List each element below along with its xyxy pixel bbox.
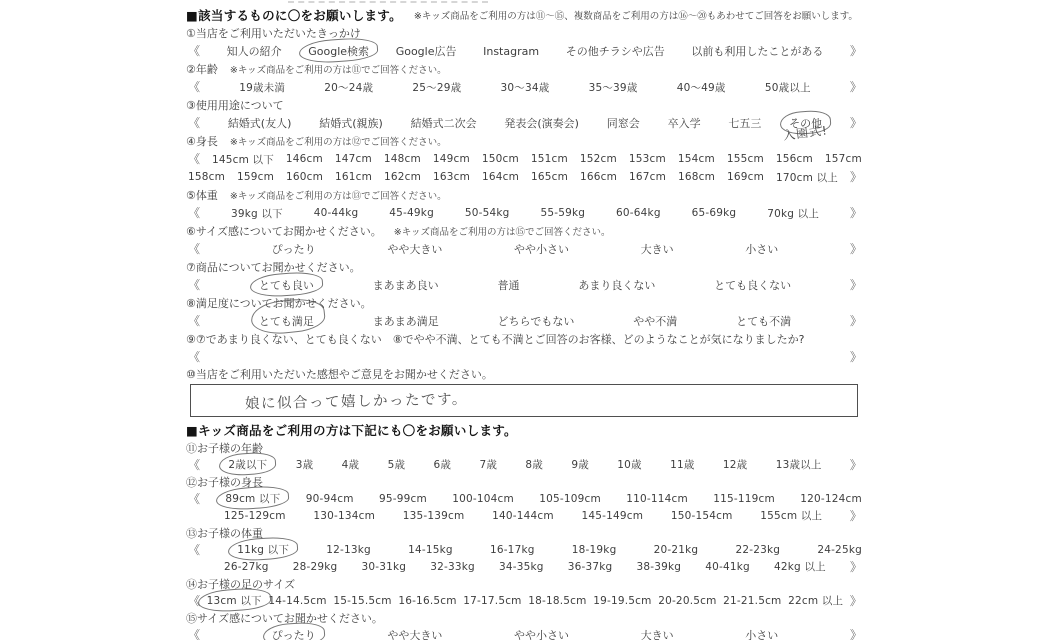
option: 7歳 — [479, 457, 497, 472]
option: 19-19.5cm — [593, 595, 651, 607]
option: 30〜34歳 — [500, 80, 549, 95]
option: 42kg 以上 — [774, 559, 826, 574]
close-bracket: 》 — [850, 595, 862, 607]
question-number: ④ — [186, 135, 196, 148]
option: 166cm — [580, 171, 617, 183]
question-note: ※キッズ商品をご利用の方は⑬でご回答ください。 — [230, 188, 447, 202]
option: とても不満 — [736, 313, 791, 329]
question-5: ⑤体重※キッズ商品をご利用の方は⑬でご回答ください。《39kg 以下40-44k… — [186, 186, 864, 222]
open-bracket: 《 — [188, 207, 200, 219]
option: 大きい — [641, 241, 674, 257]
question-label: ④身長※キッズ商品をご利用の方は⑫でご回答ください。 — [186, 132, 864, 150]
options-row: 《とても満足まあまあ満足どちらでもないやや不満とても不満》 — [186, 312, 864, 330]
option: 35〜39歳 — [589, 80, 638, 95]
options-row: 《とても良いまあまあ良い普通あまり良くないとても良くない》 — [186, 276, 864, 294]
option: やや小さい — [514, 627, 569, 640]
question-12: ⑫お子様の身長《89cm 以下90-94cm95-99cm100-104cm10… — [186, 473, 864, 524]
question-number: ⑩ — [186, 368, 196, 381]
option: 168cm — [678, 171, 715, 183]
option: 115-119cm — [713, 493, 775, 505]
question-text: 当店をご利用いただいた感想やご意見をお聞かせください。 — [196, 366, 493, 382]
option-selected: その他入園式! — [789, 115, 822, 131]
close-bracket: 》 — [850, 351, 862, 363]
option: 以前も利用したことがある — [691, 43, 823, 59]
option: まあまあ満足 — [373, 313, 439, 329]
question-label: ⑤体重※キッズ商品をご利用の方は⑬でご回答ください。 — [186, 186, 864, 204]
option: 39kg 以下 — [231, 206, 283, 221]
question-note: ※キッズ商品をご利用の方は⑫でご回答ください。 — [230, 134, 447, 148]
kids-section-title: ■キッズ商品をご利用の方は下記にも〇をお願いします。 — [186, 421, 517, 439]
option: 七五三 — [728, 115, 761, 131]
option: 55-59kg — [540, 207, 585, 219]
option: 147cm — [335, 153, 372, 165]
question-number: ⑫ — [186, 474, 197, 490]
option: 135-139cm — [403, 510, 465, 522]
option: 16-16.5cm — [398, 595, 456, 607]
option: その他チラシや広告 — [566, 43, 665, 59]
option-selected: Google検索 — [308, 43, 369, 59]
option: 28-29kg — [293, 561, 338, 573]
main-section-title: ■該当するものに〇をお願いします。 — [186, 6, 402, 24]
question-note: ※キッズ商品をご利用の方は⑮でご回答ください。 — [394, 224, 611, 238]
close-bracket: 》 — [850, 315, 862, 327]
question-label: ①当店をご利用いただいたきっかけ — [186, 24, 864, 42]
open-bracket: 《 — [188, 544, 200, 556]
question-number: ⑮ — [186, 610, 197, 626]
option: とても良くない — [714, 277, 791, 293]
options-row: 《13cm 以下14-14.5cm15-15.5cm16-16.5cm17-17… — [186, 592, 864, 609]
question-text: ⑦であまり良くない、とても良くない ⑧でやや不満、とても不満とご回答のお客様、ど… — [196, 331, 805, 347]
option: 32-33kg — [430, 561, 475, 573]
option: 50-54kg — [465, 207, 510, 219]
options-row: 《結婚式(友人)結婚式(親族)結婚式二次会発表会(演奏会)同窓会卒入学七五三その… — [186, 114, 864, 132]
question-7: ⑦商品についてお聞かせください。《とても良いまあまあ良い普通あまり良くないとても… — [186, 258, 864, 294]
option: どちらでもない — [498, 313, 575, 329]
option: 156cm — [776, 153, 813, 165]
option: 38-39kg — [637, 561, 682, 573]
option: 14-14.5cm — [268, 595, 326, 607]
close-bracket: 》 — [850, 629, 862, 640]
question-text: 身長 — [196, 133, 218, 149]
option: 155cm 以上 — [760, 508, 822, 523]
option: 169cm — [727, 171, 764, 183]
question-6: ⑥サイズ感についてお聞かせください。※キッズ商品をご利用の方は⑮でご回答ください… — [186, 222, 864, 258]
option: 40-41kg — [705, 561, 750, 573]
option: 30-31kg — [362, 561, 407, 573]
open-bracket: 《 — [188, 243, 200, 255]
question-label: ⑭お子様の足のサイズ — [186, 575, 864, 592]
option: 5歳 — [388, 457, 406, 472]
option: 小さい — [745, 241, 778, 257]
option-selected: とても良い — [259, 277, 314, 293]
option: 159cm — [237, 171, 274, 183]
close-bracket: 》 — [850, 117, 862, 129]
option: 結婚式二次会 — [411, 115, 477, 131]
question-10: ⑩当店をご利用いただいた感想やご意見をお聞かせください。娘に似合って嬉しかったで… — [186, 366, 864, 417]
option: 13歳以上 — [776, 457, 822, 472]
scan-artifact-dashed-line — [288, 1, 488, 3]
option: 150cm — [482, 153, 519, 165]
option: やや大きい — [387, 627, 442, 640]
question-9: ⑨⑦であまり良くない、とても良くない ⑧でやや不満、とても不満とご回答のお客様、… — [186, 330, 864, 366]
option: 45-49kg — [389, 207, 434, 219]
option: 60-64kg — [616, 207, 661, 219]
option: 26-27kg — [224, 561, 269, 573]
question-label: ⑬お子様の体重 — [186, 524, 864, 541]
option: 18-18.5cm — [528, 595, 586, 607]
option: 146cm — [286, 153, 323, 165]
option: 110-114cm — [626, 493, 688, 505]
question-text: お子様の身長 — [197, 474, 263, 490]
options-row: 《ぴったりやや大きいやや小さい大きい小さい》 — [186, 240, 864, 258]
option: 151cm — [531, 153, 568, 165]
option: 145cm 以下 — [212, 152, 274, 167]
option: まあまあ良い — [373, 277, 439, 293]
open-bracket: 《 — [188, 629, 200, 640]
option: 24-25kg — [817, 544, 862, 556]
option: 知人の紹介 — [227, 43, 282, 59]
option: 165cm — [531, 171, 568, 183]
option: 6歳 — [434, 457, 452, 472]
option: 95-99cm — [379, 493, 427, 505]
option: 163cm — [433, 171, 470, 183]
question-number: ⑥ — [186, 225, 196, 238]
options-row: 《》 — [186, 348, 864, 366]
close-bracket: 》 — [850, 459, 862, 471]
option: 12歳 — [723, 457, 747, 472]
option: 130-134cm — [313, 510, 375, 522]
option: 結婚式(親族) — [319, 115, 383, 131]
option: 149cm — [433, 153, 470, 165]
question-11: ⑪お子様の年齢《2歳以下3歳4歳5歳6歳7歳8歳9歳10歳11歳12歳13歳以上… — [186, 439, 864, 473]
option: 18-19kg — [572, 544, 617, 556]
close-bracket: 》 — [850, 561, 862, 573]
option: 20〜24歳 — [324, 80, 373, 95]
question-2: ②年齢※キッズ商品をご利用の方は⑪でご回答ください。《19歳未満20〜24歳25… — [186, 60, 864, 96]
question-text: お子様の年齢 — [197, 440, 263, 456]
question-label: ⑫お子様の身長 — [186, 473, 864, 490]
option: 小さい — [745, 627, 778, 640]
question-number: ⑬ — [186, 525, 197, 541]
question-text: 当店をご利用いただいたきっかけ — [196, 25, 361, 41]
option: やや大きい — [387, 241, 442, 257]
option: 161cm — [335, 171, 372, 183]
option: やや不満 — [633, 313, 677, 329]
option: 25〜29歳 — [412, 80, 461, 95]
option: 100-104cm — [452, 493, 514, 505]
open-bracket: 《 — [188, 595, 200, 607]
question-text: お子様の足のサイズ — [197, 576, 295, 592]
open-bracket: 《 — [188, 315, 200, 327]
option: 普通 — [498, 277, 520, 293]
close-bracket: 》 — [850, 45, 862, 57]
close-bracket: 》 — [850, 171, 862, 183]
question-label: ②年齢※キッズ商品をご利用の方は⑪でご回答ください。 — [186, 60, 864, 78]
question-label: ⑪お子様の年齢 — [186, 439, 864, 456]
option-selected: 2歳以下 — [228, 457, 267, 472]
question-14: ⑭お子様の足のサイズ《13cm 以下14-14.5cm15-15.5cm16-1… — [186, 575, 864, 609]
option: 3歳 — [296, 457, 314, 472]
question-number: ① — [186, 27, 196, 40]
main-section-note: ※キッズ商品をご利用の方は⑪〜⑮、複数商品をご利用の方は⑯〜⑳もあわせてご回答を… — [414, 8, 858, 22]
options-row: 《145cm 以下146cm147cm148cm149cm150cm151cm1… — [186, 150, 864, 168]
question-label: ⑮サイズ感についてお聞かせください。 — [186, 609, 864, 626]
close-bracket: 》 — [850, 279, 862, 291]
option: ぴったり — [272, 241, 316, 257]
option: 90-94cm — [306, 493, 354, 505]
question-8: ⑧満足度についてお聞かせください。《とても満足まあまあ満足どちらでもないやや不満… — [186, 294, 864, 330]
option: 153cm — [629, 153, 666, 165]
option: 20-20.5cm — [658, 595, 716, 607]
option: やや小さい — [514, 241, 569, 257]
question-label: ⑧満足度についてお聞かせください。 — [186, 294, 864, 312]
question-number: ⑪ — [186, 440, 197, 456]
question-number: ⑤ — [186, 189, 196, 202]
question-text: サイズ感についてお聞かせください。 — [197, 610, 383, 626]
options-row: 《89cm 以下90-94cm95-99cm100-104cm105-109cm… — [186, 490, 864, 507]
open-bracket: 《 — [188, 279, 200, 291]
option: 15-15.5cm — [333, 595, 391, 607]
question-text: 使用用途について — [196, 97, 284, 113]
option: 21-21.5cm — [723, 595, 781, 607]
question-label: ⑦商品についてお聞かせください。 — [186, 258, 864, 276]
question-text: 体重 — [196, 187, 218, 203]
option: 14-15kg — [408, 544, 453, 556]
option: 大きい — [641, 627, 674, 640]
option: 16-17kg — [490, 544, 535, 556]
option: 154cm — [678, 153, 715, 165]
option: 140-144cm — [492, 510, 554, 522]
question-label: ⑥サイズ感についてお聞かせください。※キッズ商品をご利用の方は⑮でご回答ください… — [186, 222, 864, 240]
option: 結婚式(友人) — [228, 115, 292, 131]
options-row: 158cm159cm160cm161cm162cm163cm164cm165cm… — [186, 168, 864, 186]
options-row: 《知人の紹介Google検索Google広告Instagramその他チラシや広告… — [186, 42, 864, 60]
main-section-header: ■該当するものに〇をお願いします。 ※キッズ商品をご利用の方は⑪〜⑮、複数商品を… — [186, 6, 864, 24]
option: 120-124cm — [800, 493, 862, 505]
options-row: 《2歳以下3歳4歳5歳6歳7歳8歳9歳10歳11歳12歳13歳以上》 — [186, 456, 864, 473]
option: Google広告 — [396, 43, 457, 59]
main-questions: ①当店をご利用いただいたきっかけ《知人の紹介Google検索Google広告In… — [186, 24, 864, 417]
question-text: 年齢 — [196, 61, 218, 77]
open-bracket: 《 — [188, 153, 200, 165]
option: 4歳 — [342, 457, 360, 472]
option: 8歳 — [525, 457, 543, 472]
options-row: 26-27kg28-29kg30-31kg32-33kg34-35kg36-37… — [186, 558, 864, 575]
option: 12-13kg — [326, 544, 371, 556]
close-bracket: 》 — [850, 510, 862, 522]
question-number: ⑭ — [186, 576, 197, 592]
option: 164cm — [482, 171, 519, 183]
option: 発表会(演奏会) — [504, 115, 579, 131]
option: 40〜49歳 — [677, 80, 726, 95]
open-bracket: 《 — [188, 81, 200, 93]
open-bracket: 《 — [188, 459, 200, 471]
options-row: 《19歳未満20〜24歳25〜29歳30〜34歳35〜39歳40〜49歳50歳以… — [186, 78, 864, 96]
question-15: ⑮サイズ感についてお聞かせください。《ぴったりやや大きいやや小さい大きい小さい》 — [186, 609, 864, 640]
open-bracket: 《 — [188, 351, 200, 363]
scanned-survey-page: { "page": { "background": "#ffffff", "in… — [0, 0, 1060, 640]
question-3: ③使用用途について《結婚式(友人)結婚式(親族)結婚式二次会発表会(演奏会)同窓… — [186, 96, 864, 132]
handwritten-comment: 娘に似合って嬉しかったです。 — [245, 388, 468, 414]
question-label: ⑩当店をご利用いただいた感想やご意見をお聞かせください。 — [186, 366, 864, 382]
option: 145-149cm — [582, 510, 644, 522]
question-text: お子様の体重 — [197, 525, 263, 541]
option: 160cm — [286, 171, 323, 183]
question-number: ② — [186, 63, 196, 76]
kids-section-header: ■キッズ商品をご利用の方は下記にも〇をお願いします。 — [186, 421, 864, 439]
open-bracket: 《 — [188, 493, 200, 505]
option: 162cm — [384, 171, 421, 183]
option: 70kg 以上 — [767, 206, 819, 221]
option: 65-69kg — [692, 207, 737, 219]
question-label: ⑨⑦であまり良くない、とても良くない ⑧でやや不満、とても不満とご回答のお客様、… — [186, 330, 864, 348]
question-number: ③ — [186, 99, 196, 112]
option: 105-109cm — [539, 493, 601, 505]
option: 同窓会 — [607, 115, 640, 131]
option: 19歳未満 — [239, 80, 285, 95]
option: 148cm — [384, 153, 421, 165]
options-row: 《ぴったりやや大きいやや小さい大きい小さい》 — [186, 626, 864, 640]
question-text: 商品についてお聞かせください。 — [196, 259, 361, 275]
close-bracket: 》 — [850, 207, 862, 219]
option: 170cm 以上 — [776, 170, 838, 185]
option-selected: 13cm 以下 — [207, 593, 262, 608]
option: 卒入学 — [668, 115, 701, 131]
option: 157cm — [825, 153, 862, 165]
question-text: 満足度についてお聞かせください。 — [196, 295, 372, 311]
question-13: ⑬お子様の体重《11kg 以下12-13kg14-15kg16-17kg18-1… — [186, 524, 864, 575]
option: 158cm — [188, 171, 225, 183]
open-bracket: 《 — [188, 45, 200, 57]
option-selected: ぴったり — [272, 627, 316, 640]
close-bracket: 》 — [850, 243, 862, 255]
option: Instagram — [483, 45, 539, 58]
question-text: サイズ感についてお聞かせください。 — [196, 223, 382, 239]
option: 36-37kg — [568, 561, 613, 573]
option: 155cm — [727, 153, 764, 165]
survey-document: ■該当するものに〇をお願いします。 ※キッズ商品をご利用の方は⑪〜⑮、複数商品を… — [186, 6, 864, 640]
option: 152cm — [580, 153, 617, 165]
option: 22-23kg — [735, 544, 780, 556]
option-selected: とても満足 — [259, 313, 314, 329]
option-selected: 11kg 以下 — [237, 542, 289, 557]
comment-box: 娘に似合って嬉しかったです。 — [190, 384, 858, 417]
open-bracket: 《 — [188, 117, 200, 129]
option: あまり良くない — [578, 277, 655, 293]
question-number: ⑧ — [186, 297, 196, 310]
option: 34-35kg — [499, 561, 544, 573]
options-row: 《39kg 以下40-44kg45-49kg50-54kg55-59kg60-6… — [186, 204, 864, 222]
option: 20-21kg — [654, 544, 699, 556]
question-number: ⑨ — [186, 333, 196, 346]
option: 167cm — [629, 171, 666, 183]
option: 10歳 — [617, 457, 641, 472]
option: 125-129cm — [224, 510, 286, 522]
option: 50歳以上 — [765, 80, 811, 95]
question-1: ①当店をご利用いただいたきっかけ《知人の紹介Google検索Google広告In… — [186, 24, 864, 60]
question-label: ③使用用途について — [186, 96, 864, 114]
options-row: 《11kg 以下12-13kg14-15kg16-17kg18-19kg20-2… — [186, 541, 864, 558]
option: 11歳 — [670, 457, 694, 472]
option-selected: 89cm 以下 — [225, 491, 280, 506]
question-4: ④身長※キッズ商品をご利用の方は⑫でご回答ください。《145cm 以下146cm… — [186, 132, 864, 186]
option: 40-44kg — [314, 207, 359, 219]
close-bracket: 》 — [850, 81, 862, 93]
question-number: ⑦ — [186, 261, 196, 274]
option: 22cm 以上 — [788, 593, 843, 608]
options-row: 125-129cm130-134cm135-139cm140-144cm145-… — [186, 507, 864, 524]
question-note: ※キッズ商品をご利用の方は⑪でご回答ください。 — [230, 62, 447, 76]
option: 150-154cm — [671, 510, 733, 522]
kids-questions: ⑪お子様の年齢《2歳以下3歳4歳5歳6歳7歳8歳9歳10歳11歳12歳13歳以上… — [186, 439, 864, 640]
option: 17-17.5cm — [463, 595, 521, 607]
option: 9歳 — [571, 457, 589, 472]
